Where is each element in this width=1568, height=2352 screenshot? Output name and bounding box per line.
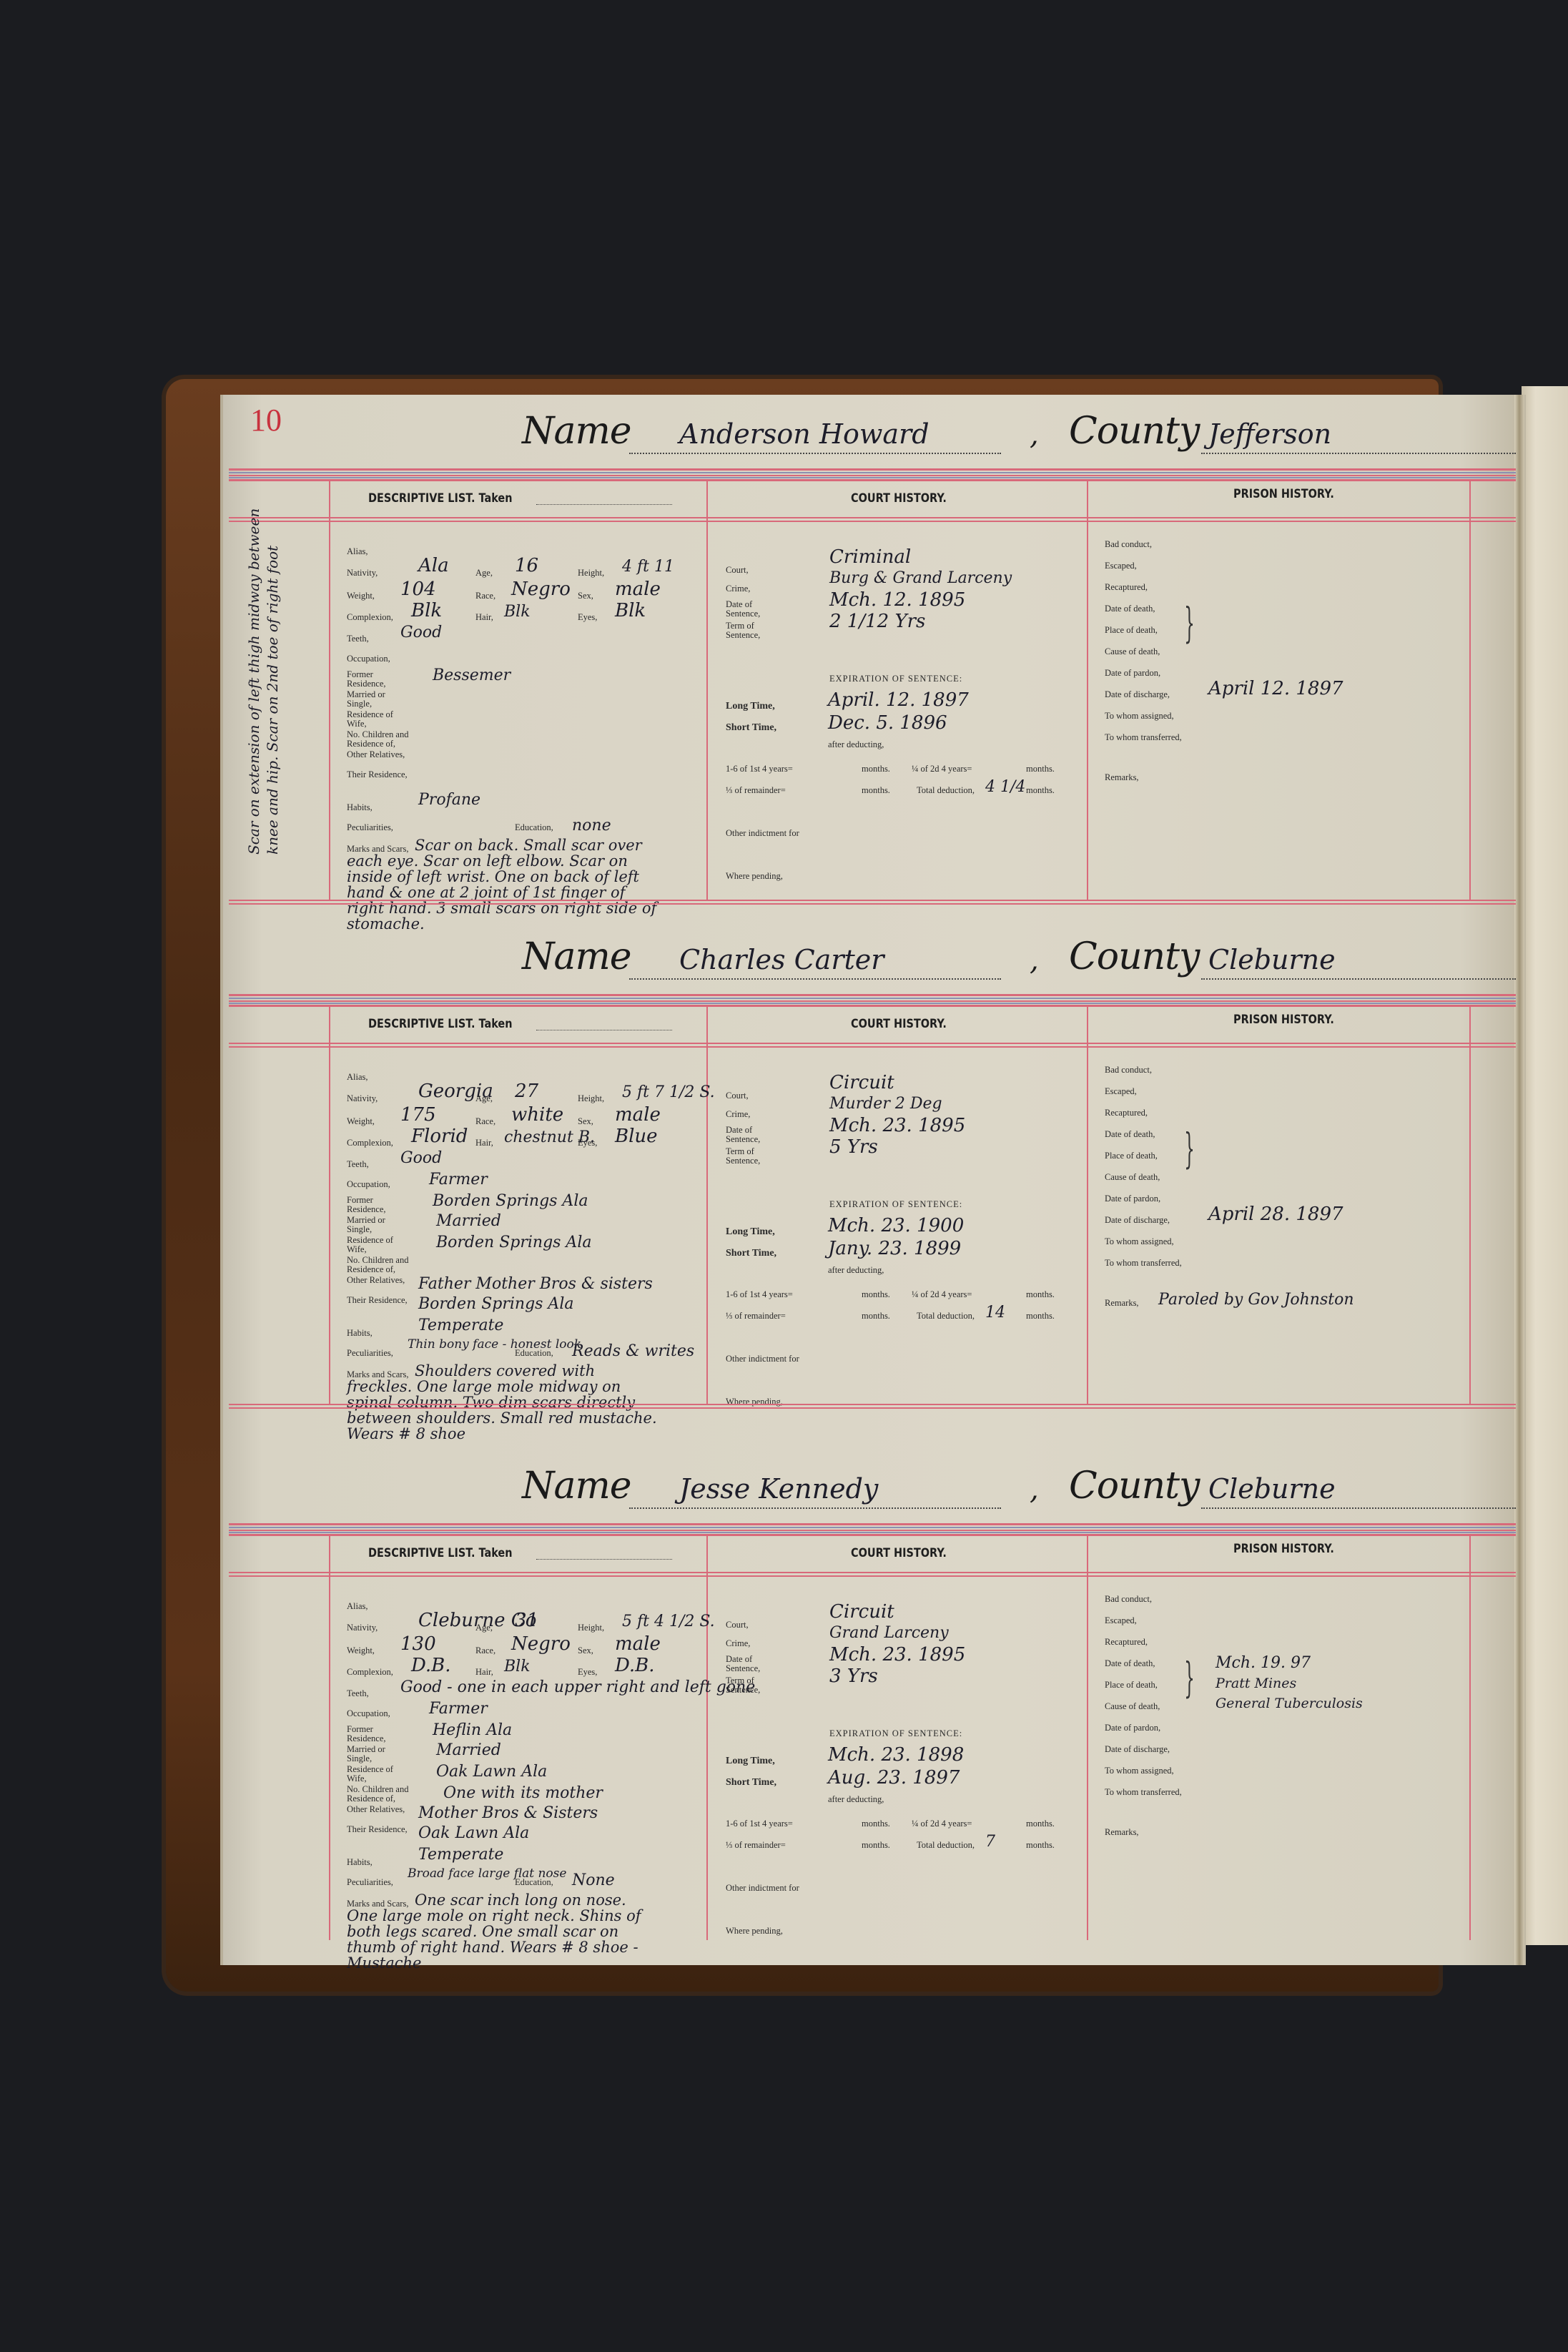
court-value: Criminal xyxy=(829,547,911,567)
height-label: Height, xyxy=(578,1094,604,1103)
date-death-label: Date of death, xyxy=(1105,1130,1155,1139)
total-deduction-value: 7 xyxy=(985,1832,995,1852)
court-label: Court, xyxy=(726,566,749,575)
name-label: Name xyxy=(522,1465,631,1507)
date-discharge-label: Date of discharge, xyxy=(1105,690,1170,699)
bad-conduct-label: Bad conduct, xyxy=(1105,1066,1152,1075)
nativity-label: Nativity, xyxy=(347,1623,378,1633)
height-label: Height, xyxy=(578,569,604,578)
prisoner-name: Charles Carter xyxy=(679,944,884,975)
date-discharge-label: Date of discharge, xyxy=(1105,1216,1170,1225)
occupation-label: Occupation, xyxy=(347,1709,390,1718)
date-death-value: Mch. 19. 97 xyxy=(1216,1653,1311,1673)
teeth-value: Good xyxy=(400,1148,442,1168)
marks-scars-value: Scar on back. Small scar over each eye. … xyxy=(347,837,661,932)
residence-wife-label: Residence of Wife, xyxy=(347,1236,411,1254)
date-sentence-label: Date of Sentence, xyxy=(726,1126,783,1144)
column-rule xyxy=(1469,481,1471,900)
sex-value: male xyxy=(615,579,661,599)
short-time-value: Jany. 23. 1899 xyxy=(828,1239,961,1259)
their-residence-label: Their Residence, xyxy=(347,770,411,779)
page-gutter xyxy=(1514,395,1524,1965)
prisoner-name: Jesse Kennedy xyxy=(679,1473,878,1505)
long-time-label: Long Time, xyxy=(726,1756,775,1766)
date-discharge-value: April 12. 1897 xyxy=(1208,679,1343,699)
remarks-label: Remarks, xyxy=(1105,1299,1139,1308)
crime-label: Crime, xyxy=(726,584,750,594)
facing-page-edge xyxy=(1522,386,1568,1945)
column-rule xyxy=(1087,481,1088,900)
married-value: Married xyxy=(436,1741,501,1761)
sex-label: Sex, xyxy=(578,1646,593,1655)
assigned-label: To whom assigned, xyxy=(1105,1766,1174,1776)
education-value: none xyxy=(572,816,611,836)
prison-history-header: PRISON HISTORY. xyxy=(1233,487,1334,501)
second-four-years-label: ¼ of 2d 4 years= xyxy=(912,1819,972,1829)
nativity-label: Nativity, xyxy=(347,569,378,578)
other-relatives-value: Father Mother Bros & sisters xyxy=(418,1274,653,1294)
age-label: Age, xyxy=(475,1623,493,1633)
transferred-label: To whom transferred, xyxy=(1105,733,1182,742)
name-line: Name Anderson Howard , County Jefferson xyxy=(229,397,1516,461)
race-label: Race, xyxy=(475,591,495,601)
court-history-header: COURT HISTORY. xyxy=(851,1546,947,1560)
court-value: Circuit xyxy=(829,1602,894,1622)
crime-value: Murder 2 Deg xyxy=(829,1094,942,1114)
column-header-rule xyxy=(229,1572,1516,1577)
column-rule xyxy=(1087,1007,1088,1404)
occupation-value: Farmer xyxy=(429,1699,488,1719)
months-label: months. xyxy=(1026,786,1055,795)
column-rule xyxy=(1469,1007,1471,1404)
hair-label: Hair, xyxy=(475,1668,493,1677)
weight-label: Weight, xyxy=(347,1117,375,1126)
term-sentence-value: 2 1/12 Yrs xyxy=(829,611,925,631)
second-four-years-label: ¼ of 2d 4 years= xyxy=(912,1290,972,1299)
margin-rule xyxy=(329,1536,330,1940)
first-four-years-label: 1-6 of 1st 4 years= xyxy=(726,1819,793,1829)
name-line: Name Charles Carter , County Cleburne xyxy=(229,922,1516,987)
short-time-label: Short Time, xyxy=(726,1778,776,1787)
recaptured-label: Recaptured, xyxy=(1105,583,1148,592)
weight-value: 130 xyxy=(400,1634,436,1654)
county-label: County xyxy=(1069,1465,1199,1507)
months-label: months. xyxy=(862,1290,890,1299)
bad-conduct-label: Bad conduct, xyxy=(1105,540,1152,549)
weight-label: Weight, xyxy=(347,591,375,601)
crime-label: Crime, xyxy=(726,1110,750,1119)
teeth-label: Teeth, xyxy=(347,1160,369,1169)
after-deducting-label: after deducting, xyxy=(828,740,884,749)
race-label: Race, xyxy=(475,1646,495,1655)
alias-label: Alias, xyxy=(347,1602,368,1611)
entry-bottom-rule xyxy=(229,1404,1516,1409)
column-rule xyxy=(706,481,708,900)
term-sentence-label: Term of Sentence, xyxy=(726,621,783,640)
name-comma: , xyxy=(1030,1473,1038,1506)
prisoner-name: Anderson Howard xyxy=(679,418,930,450)
cause-death-value: General Tuberculosis xyxy=(1216,1693,1363,1713)
date-sentence-label: Date of Sentence, xyxy=(726,600,783,619)
short-time-value: Aug. 23. 1897 xyxy=(828,1768,960,1788)
sex-label: Sex, xyxy=(578,1117,593,1126)
married-label: Married or Single, xyxy=(347,1745,411,1763)
death-brace: } xyxy=(1184,1127,1195,1170)
short-time-value: Dec. 5. 1896 xyxy=(828,713,947,733)
expiration-label: EXPIRATION OF SENTENCE: xyxy=(829,1729,962,1738)
cause-death-label: Cause of death, xyxy=(1105,1702,1160,1711)
total-deduction-value: 4 1/4 xyxy=(985,777,1025,797)
race-value: white xyxy=(511,1105,563,1125)
former-residence-value: Heflin Ala xyxy=(433,1721,512,1741)
remarks-label: Remarks, xyxy=(1105,1828,1139,1837)
court-value: Circuit xyxy=(829,1073,894,1093)
education-label: Education, xyxy=(515,1878,553,1887)
total-deduction-label: Total deduction, xyxy=(917,1841,975,1850)
age-value: 16 xyxy=(515,556,538,576)
date-death-label: Date of death, xyxy=(1105,1659,1155,1668)
header-rule xyxy=(229,1523,1516,1536)
eyes-label: Eyes, xyxy=(578,1668,597,1677)
header-rule xyxy=(229,994,1516,1007)
eyes-value: Blue xyxy=(615,1126,658,1146)
term-sentence-value: 3 Yrs xyxy=(829,1666,878,1686)
education-label: Education, xyxy=(515,823,553,832)
height-value: 4 ft 11 xyxy=(622,557,674,577)
eyes-label: Eyes, xyxy=(578,1138,597,1148)
married-label: Married or Single, xyxy=(347,1216,411,1234)
sex-value: male xyxy=(615,1105,661,1125)
crime-label: Crime, xyxy=(726,1639,750,1648)
peculiarities-label: Peculiarities, xyxy=(347,1349,393,1358)
months-label: months. xyxy=(1026,1841,1055,1850)
date-pardon-label: Date of pardon, xyxy=(1105,1194,1160,1204)
children-value: One with its mother xyxy=(443,1783,603,1804)
place-death-value: Pratt Mines xyxy=(1216,1673,1296,1693)
name-line: Name Jesse Kennedy , County Cleburne xyxy=(229,1452,1516,1516)
total-deduction-label: Total deduction, xyxy=(917,1312,975,1321)
education-label: Education, xyxy=(515,1349,553,1358)
court-label: Court, xyxy=(726,1620,749,1630)
habits-label: Habits, xyxy=(347,1329,373,1338)
their-residence-label: Their Residence, xyxy=(347,1296,411,1305)
name-underline xyxy=(629,453,1001,454)
height-value: 5 ft 4 1/2 S. xyxy=(622,1612,715,1632)
after-deducting-label: after deducting, xyxy=(828,1266,884,1275)
sex-value: male xyxy=(615,1634,661,1654)
height-label: Height, xyxy=(578,1623,604,1633)
date-pardon-label: Date of pardon, xyxy=(1105,669,1160,678)
residence-wife-label: Residence of Wife, xyxy=(347,1765,411,1783)
column-rule xyxy=(1087,1536,1088,1940)
date-pardon-label: Date of pardon, xyxy=(1105,1723,1160,1733)
children-label: No. Children and Residence of, xyxy=(347,1256,440,1274)
prison-history-header: PRISON HISTORY. xyxy=(1233,1013,1334,1027)
marks-scars-value: Shoulders covered with freckles. One lar… xyxy=(347,1363,661,1442)
county-underline xyxy=(1201,1507,1516,1509)
habits-label: Habits, xyxy=(347,1858,373,1867)
former-residence-label: Former Residence, xyxy=(347,670,411,689)
county-label: County xyxy=(1069,935,1199,978)
peculiarities-value: Thin bony face - honest look xyxy=(408,1334,581,1354)
crime-value: Burg & Grand Larceny xyxy=(829,569,1012,589)
date-sentence-value: Mch. 23. 1895 xyxy=(829,1116,965,1136)
age-label: Age, xyxy=(475,569,493,578)
term-sentence-label: Term of Sentence, xyxy=(726,1147,783,1166)
short-time-label: Short Time, xyxy=(726,723,776,732)
occupation-label: Occupation, xyxy=(347,1180,390,1189)
teeth-label: Teeth, xyxy=(347,634,369,644)
former-residence-value: Bessemer xyxy=(433,666,511,686)
long-time-value: Mch. 23. 1900 xyxy=(828,1216,964,1236)
nativity-value: Ala xyxy=(418,556,449,576)
hair-value: Blk xyxy=(504,602,531,622)
marks-scars-value: One scar inch long on nose. One large mo… xyxy=(347,1892,661,1971)
weight-value: 104 xyxy=(400,579,436,599)
transferred-label: To whom transferred, xyxy=(1105,1259,1182,1268)
remarks-value: Paroled by Gov Johnston xyxy=(1158,1290,1354,1310)
race-value: Negro xyxy=(511,579,571,599)
children-label: No. Children and Residence of, xyxy=(347,1785,440,1804)
name-underline xyxy=(629,978,1001,980)
first-four-years-label: 1-6 of 1st 4 years= xyxy=(726,764,793,774)
death-brace: } xyxy=(1184,601,1195,644)
nativity-label: Nativity, xyxy=(347,1094,378,1103)
bad-conduct-label: Bad conduct, xyxy=(1105,1595,1152,1604)
peculiarities-label: Peculiarities, xyxy=(347,1878,393,1887)
place-death-label: Place of death, xyxy=(1105,1151,1158,1161)
column-header-rule xyxy=(229,1043,1516,1048)
alias-label: Alias, xyxy=(347,1073,368,1082)
descriptive-list-header: DESCRIPTIVE LIST. Taken xyxy=(368,1546,513,1560)
former-residence-label: Former Residence, xyxy=(347,1196,411,1214)
occupation-value: Farmer xyxy=(429,1170,488,1190)
county-label: County xyxy=(1069,410,1199,453)
date-discharge-label: Date of discharge, xyxy=(1105,1745,1170,1754)
remainder-label: ⅓ of remainder= xyxy=(726,1841,786,1850)
prison-history-header: PRISON HISTORY. xyxy=(1233,1542,1334,1556)
children-label: No. Children and Residence of, xyxy=(347,730,440,749)
long-time-label: Long Time, xyxy=(726,1227,775,1236)
alias-label: Alias, xyxy=(347,547,368,556)
where-pending-label: Where pending, xyxy=(726,1927,783,1936)
months-label: months. xyxy=(862,764,890,774)
short-time-label: Short Time, xyxy=(726,1249,776,1258)
complexion-value: Blk xyxy=(411,601,442,621)
complexion-label: Complexion, xyxy=(347,1668,393,1677)
months-label: months. xyxy=(1026,1819,1055,1829)
descriptive-list-header: DESCRIPTIVE LIST. Taken xyxy=(368,1017,513,1031)
date-sentence-label: Date of Sentence, xyxy=(726,1655,783,1673)
cause-death-label: Cause of death, xyxy=(1105,647,1160,656)
taken-underline xyxy=(536,504,672,505)
term-sentence-label: Term of Sentence, xyxy=(726,1676,783,1695)
total-deduction-value: 14 xyxy=(985,1303,1005,1323)
sex-label: Sex, xyxy=(578,591,593,601)
recaptured-label: Recaptured, xyxy=(1105,1108,1148,1118)
assigned-label: To whom assigned, xyxy=(1105,712,1174,721)
habits-value: Temperate xyxy=(418,1316,503,1336)
death-brace: } xyxy=(1184,1656,1195,1699)
date-discharge-value: April 28. 1897 xyxy=(1208,1204,1343,1224)
after-deducting-label: after deducting, xyxy=(828,1795,884,1804)
descriptive-list-header: DESCRIPTIVE LIST. Taken xyxy=(368,491,513,506)
term-sentence-value: 5 Yrs xyxy=(829,1137,878,1157)
their-residence-value: Oak Lawn Ala xyxy=(418,1824,529,1844)
other-relatives-label: Other Relatives, xyxy=(347,750,411,759)
margin-rule xyxy=(329,1007,330,1404)
court-history-header: COURT HISTORY. xyxy=(851,1017,947,1031)
county-underline xyxy=(1201,978,1516,980)
place-death-label: Place of death, xyxy=(1105,1681,1158,1690)
months-label: months. xyxy=(862,1819,890,1829)
other-indictment-label: Other indictment for xyxy=(726,829,799,838)
first-four-years-label: 1-6 of 1st 4 years= xyxy=(726,1290,793,1299)
months-label: months. xyxy=(1026,1312,1055,1321)
name-comma: , xyxy=(1030,944,1038,977)
escaped-label: Escaped, xyxy=(1105,561,1137,571)
complexion-label: Complexion, xyxy=(347,613,393,622)
county-value: Cleburne xyxy=(1208,1473,1336,1505)
other-relatives-label: Other Relatives, xyxy=(347,1805,411,1814)
education-value: Reads & writes xyxy=(572,1342,694,1362)
eyes-value: D.B. xyxy=(615,1655,655,1676)
eyes-value: Blk xyxy=(615,601,646,621)
hair-value: Blk xyxy=(504,1657,531,1677)
name-comma: , xyxy=(1030,418,1038,451)
age-value: 31 xyxy=(515,1610,538,1630)
weight-value: 175 xyxy=(400,1105,436,1125)
teeth-value: Good xyxy=(400,623,442,643)
months-label: months. xyxy=(862,1312,890,1321)
occupation-label: Occupation, xyxy=(347,654,390,664)
header-rule xyxy=(229,468,1516,481)
age-label: Age, xyxy=(475,1094,493,1103)
age-value: 27 xyxy=(515,1081,538,1101)
months-label: months. xyxy=(862,1841,890,1850)
long-time-label: Long Time, xyxy=(726,702,775,711)
race-label: Race, xyxy=(475,1117,495,1126)
total-deduction-label: Total deduction, xyxy=(917,786,975,795)
assigned-label: To whom assigned, xyxy=(1105,1237,1174,1246)
crime-value: Grand Larceny xyxy=(829,1623,949,1643)
county-value: Cleburne xyxy=(1208,944,1336,975)
remarks-label: Remarks, xyxy=(1105,773,1139,782)
margin-rule xyxy=(329,481,330,900)
column-rule xyxy=(706,1007,708,1404)
other-indictment-label: Other indictment for xyxy=(726,1354,799,1364)
former-residence-value: Borden Springs Ala xyxy=(433,1191,588,1211)
entry-bottom-rule xyxy=(229,900,1516,905)
expiration-label: EXPIRATION OF SENTENCE: xyxy=(829,1200,962,1209)
taken-underline xyxy=(536,1030,672,1030)
column-rule xyxy=(1469,1536,1471,1940)
second-four-years-label: ¼ of 2d 4 years= xyxy=(912,764,972,774)
habits-label: Habits, xyxy=(347,803,373,812)
column-rule xyxy=(706,1536,708,1940)
transferred-label: To whom transferred, xyxy=(1105,1788,1182,1797)
date-death-label: Date of death, xyxy=(1105,604,1155,614)
name-underline xyxy=(629,1507,1001,1509)
place-death-label: Place of death, xyxy=(1105,626,1158,635)
other-relatives-value: Mother Bros & Sisters xyxy=(418,1804,598,1824)
habits-value: Temperate xyxy=(418,1845,503,1865)
married-value: Married xyxy=(436,1211,501,1231)
cause-death-label: Cause of death, xyxy=(1105,1173,1160,1182)
hair-label: Hair, xyxy=(475,1138,493,1148)
complexion-value: D.B. xyxy=(411,1655,451,1676)
other-indictment-label: Other indictment for xyxy=(726,1884,799,1893)
peculiarities-label: Peculiarities, xyxy=(347,823,393,832)
months-label: months. xyxy=(1026,764,1055,774)
court-label: Court, xyxy=(726,1091,749,1101)
escaped-label: Escaped, xyxy=(1105,1616,1137,1625)
name-label: Name xyxy=(522,935,631,978)
residence-wife-value: Borden Springs Ala xyxy=(436,1233,591,1253)
months-label: months. xyxy=(862,786,890,795)
recaptured-label: Recaptured, xyxy=(1105,1638,1148,1647)
remainder-label: ⅓ of remainder= xyxy=(726,1312,786,1321)
date-sentence-value: Mch. 23. 1895 xyxy=(829,1645,965,1665)
residence-wife-value: Oak Lawn Ala xyxy=(436,1762,547,1782)
expiration-label: EXPIRATION OF SENTENCE: xyxy=(829,674,962,684)
teeth-value: Good - one in each upper right and left … xyxy=(400,1678,755,1698)
where-pending-label: Where pending, xyxy=(726,872,783,881)
long-time-value: Mch. 23. 1898 xyxy=(828,1745,964,1765)
court-history-header: COURT HISTORY. xyxy=(851,491,947,506)
complexion-value: Florid xyxy=(411,1126,468,1146)
margin-note: Scar on extension of left thigh midway b… xyxy=(245,497,282,855)
long-time-value: April. 12. 1897 xyxy=(828,690,969,710)
county-underline xyxy=(1201,453,1516,454)
escaped-label: Escaped, xyxy=(1105,1087,1137,1096)
other-relatives-label: Other Relatives, xyxy=(347,1276,411,1285)
their-residence-label: Their Residence, xyxy=(347,1825,411,1834)
column-header-rule xyxy=(229,517,1516,522)
name-label: Name xyxy=(522,410,631,453)
date-sentence-value: Mch. 12. 1895 xyxy=(829,590,965,610)
taken-underline xyxy=(536,1559,672,1560)
former-residence-label: Former Residence, xyxy=(347,1725,411,1743)
remainder-label: ⅓ of remainder= xyxy=(726,786,786,795)
height-value: 5 ft 7 1/2 S. xyxy=(622,1083,715,1103)
education-value: None xyxy=(572,1871,615,1891)
hair-label: Hair, xyxy=(475,613,493,622)
county-value: Jefferson xyxy=(1208,418,1331,450)
months-label: months. xyxy=(1026,1290,1055,1299)
married-label: Married or Single, xyxy=(347,690,411,709)
teeth-label: Teeth, xyxy=(347,1689,369,1698)
residence-wife-label: Residence of Wife, xyxy=(347,710,411,729)
eyes-label: Eyes, xyxy=(578,613,597,622)
weight-label: Weight, xyxy=(347,1646,375,1655)
habits-value: Profane xyxy=(418,790,480,810)
race-value: Negro xyxy=(511,1634,571,1654)
complexion-label: Complexion, xyxy=(347,1138,393,1148)
their-residence-value: Borden Springs Ala xyxy=(418,1294,573,1314)
